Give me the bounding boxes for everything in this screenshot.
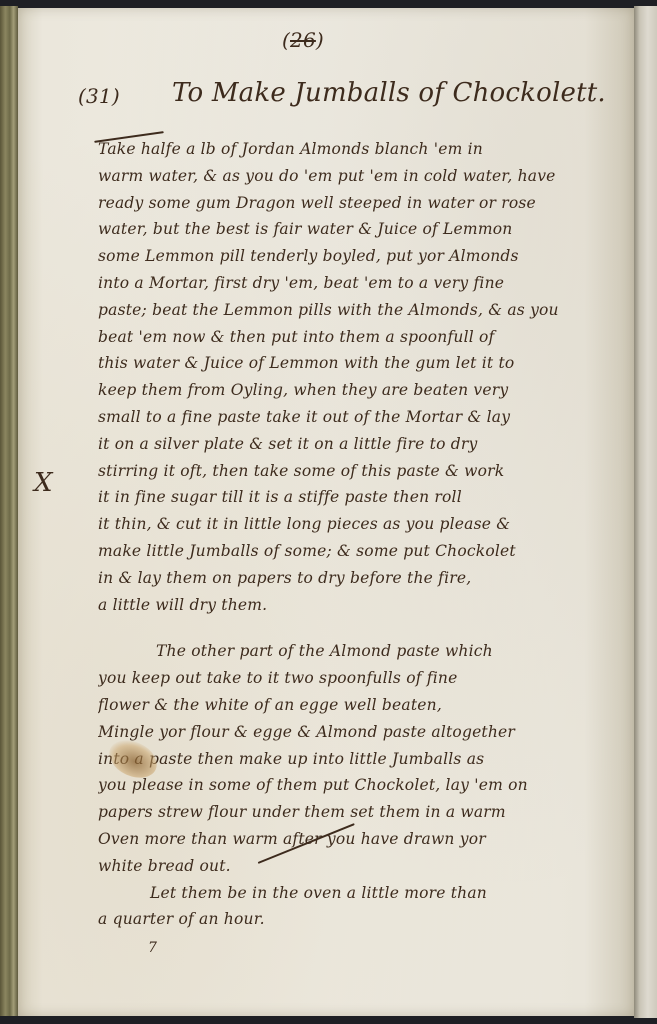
folio-number: (31) <box>78 84 120 108</box>
text-line: it on a silver plate & set it on a littl… <box>98 431 608 458</box>
text-line: Let them be in the oven a little more th… <box>98 880 608 907</box>
text-line: flower & the white of an egge well beate… <box>98 692 608 719</box>
text-line: stirring it oft, then take some of this … <box>98 458 608 485</box>
text-line: The other part of the Almond paste which <box>98 638 608 665</box>
text-line: small to a fine paste take it out of the… <box>98 404 608 431</box>
text-line: water, but the best is fair water & Juic… <box>98 216 608 243</box>
text-line: beat 'em now & then put into them a spoo… <box>98 324 608 351</box>
text-line: warm water, & as you do 'em put 'em in c… <box>98 163 608 190</box>
margin-mark: X <box>34 468 53 498</box>
text-line: Mingle yor flour & egge & Almond paste a… <box>98 719 608 746</box>
text-line: it thin, & cut it in little long pieces … <box>98 511 608 538</box>
text-line: into a paste then make up into little Ju… <box>98 746 608 773</box>
bottom-mark: 7 <box>148 940 157 956</box>
text-line: this water & Juice of Lemmon with the gu… <box>98 350 608 377</box>
text-line: it in fine sugar till it is a stiffe pas… <box>98 484 608 511</box>
text-line: in & lay them on papers to dry before th… <box>98 565 608 592</box>
next-page-edge <box>634 6 657 1018</box>
text-line: white bread out. <box>98 853 608 880</box>
text-line: into a Mortar, first dry 'em, beat 'em t… <box>98 270 608 297</box>
page-number-top: (26) <box>282 28 324 52</box>
text-line: a quarter of an hour. <box>98 906 608 933</box>
paragraph-gap <box>98 618 608 638</box>
text-line: papers strew flour under them set them i… <box>98 799 608 826</box>
text-line: Take halfe a lb of Jordan Almonds blanch… <box>98 136 608 163</box>
text-line: ready some gum Dragon well steeped in wa… <box>98 190 608 217</box>
text-line: you keep out take to it two spoonfulls o… <box>98 665 608 692</box>
book-edge-left <box>0 6 18 1016</box>
text-line: you please in some of them put Chockolet… <box>98 772 608 799</box>
text-line: keep them from Oyling, when they are bea… <box>98 377 608 404</box>
text-line: make little Jumballs of some; & some put… <box>98 538 608 565</box>
text-line: some Lemmon pill tenderly boyled, put yo… <box>98 243 608 270</box>
struck-page-number: 26 <box>290 28 316 52</box>
text-line: a little will dry them. <box>98 592 608 619</box>
recipe-title: To Make Jumballs of Chockolett. <box>172 78 606 108</box>
recipe-body: Take halfe a lb of Jordan Almonds blanch… <box>98 136 608 933</box>
text-line: Oven more than warm after you have drawn… <box>98 826 608 853</box>
text-line: paste; beat the Lemmon pills with the Al… <box>98 297 608 324</box>
